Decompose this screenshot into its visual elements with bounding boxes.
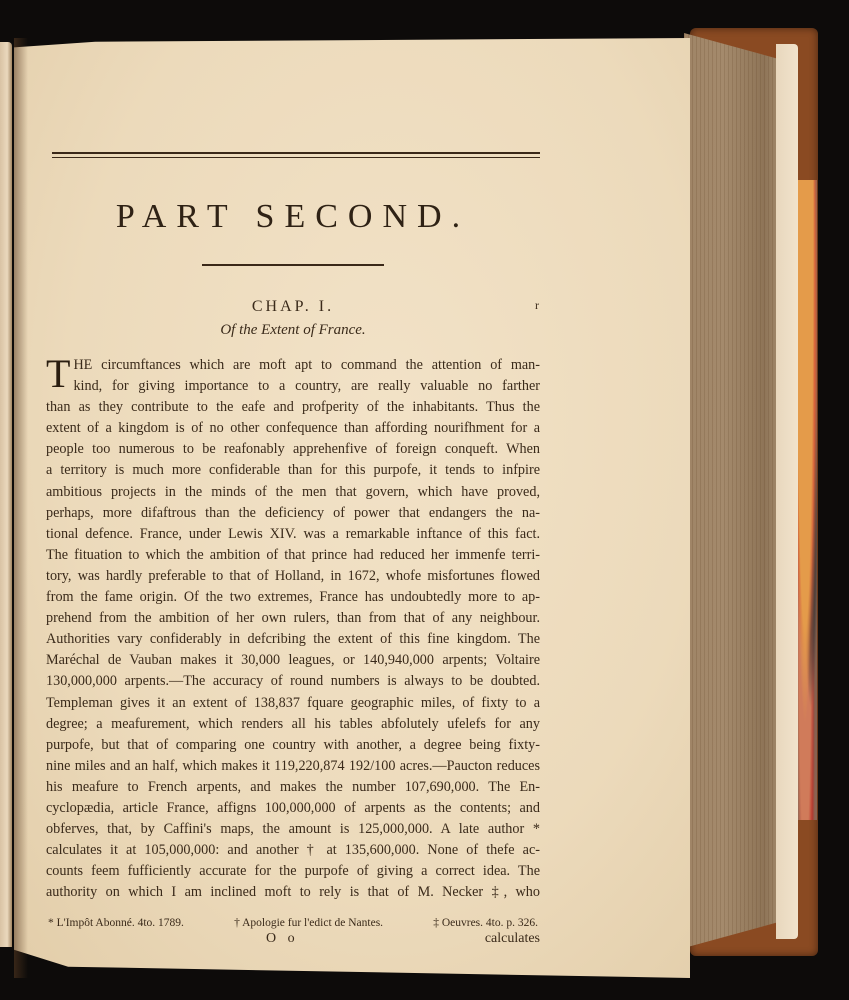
text-line: Templeman gives it an extent of 138,837 … — [46, 693, 540, 714]
previous-page-edge — [0, 42, 12, 947]
text-line: perhaps, more difaftrous than the defici… — [46, 503, 540, 524]
page-block-edge — [684, 33, 784, 948]
endpaper-edge — [776, 44, 798, 939]
header-double-rule — [52, 152, 540, 158]
text-line: purpofe, but that of comparing one count… — [46, 735, 540, 756]
signature-mark: r — [535, 298, 542, 313]
part-title: PART SECOND. — [46, 198, 540, 236]
chapter-label: CHAP. I. — [252, 298, 334, 315]
text-line: a territory is much more confiderable th… — [46, 460, 540, 481]
text-line: obferves, that, by Caffini's maps, the a… — [46, 819, 540, 840]
text-line: from the fame origin. Of the two extreme… — [46, 587, 540, 608]
text-line: tory, was hardly preferable to that of H… — [46, 566, 540, 587]
footnote-dagger: † Apologie fur l'edict de Nantes. — [234, 917, 383, 929]
chapter-subtitle: Of the Extent of France. — [46, 322, 540, 339]
title-rule — [202, 264, 384, 266]
text-line: tional defence. France, under Lewis XIV.… — [46, 524, 540, 545]
text-line: authority on which I am inclined moft to… — [46, 882, 540, 903]
footnote-double-dagger: ‡ Oeuvres. 4to. p. 326. — [433, 917, 538, 929]
text-line: cyclopædia, article France, affigns 100,… — [46, 798, 540, 819]
text-line: ambitious projects in the minds of the m… — [46, 482, 540, 503]
body-text: T HE circumftances which are moft apt to… — [46, 355, 540, 903]
text-line: people too numerous to be reafonably app… — [46, 439, 540, 460]
page-footer: O o calculates — [46, 931, 540, 951]
page-content: PART SECOND. CHAP. I. r Of the Extent of… — [46, 140, 540, 951]
text-line: prehend from the ambition of her own rul… — [46, 608, 540, 629]
chapter-heading: CHAP. I. r — [46, 298, 540, 316]
text-line: degree; a meafurement, which renders all… — [46, 714, 540, 735]
text-line: HE circumftances which are moft apt to c… — [73, 355, 540, 376]
text-line: The fituation to which the ambition of t… — [46, 545, 540, 566]
text-line: than as they contribute to the eafe and … — [46, 397, 540, 418]
drop-cap: T — [46, 357, 70, 391]
text-line: nine miles and an half, which makes it 1… — [46, 756, 540, 777]
text-line: extent of a kingdom is of no other confe… — [46, 418, 540, 439]
footnote-asterisk: * L'Impôt Abonné. 4to. 1789. — [48, 917, 184, 929]
catchword: calculates — [485, 931, 540, 947]
text-line: Maréchal de Vauban makes it 30,000 leagu… — [46, 650, 540, 671]
gutter-shadow — [14, 38, 28, 978]
footnotes: * L'Impôt Abonné. 4to. 1789. † Apologie … — [46, 917, 540, 929]
printer-signature: O o — [266, 931, 299, 947]
marbled-board — [797, 180, 817, 820]
text-line: Authorities vary confiderably in defcrib… — [46, 629, 540, 650]
text-line: 130,000,000 arpents.—The accuracy of rou… — [46, 671, 540, 692]
text-line: counts feem fufficiently accurate for th… — [46, 861, 540, 882]
text-line: calculates it at 105,000,000: and anothe… — [46, 840, 540, 861]
text-line: kind, for giving importance to a country… — [73, 376, 540, 397]
text-line: his meafure to French arpents, and makes… — [46, 777, 540, 798]
